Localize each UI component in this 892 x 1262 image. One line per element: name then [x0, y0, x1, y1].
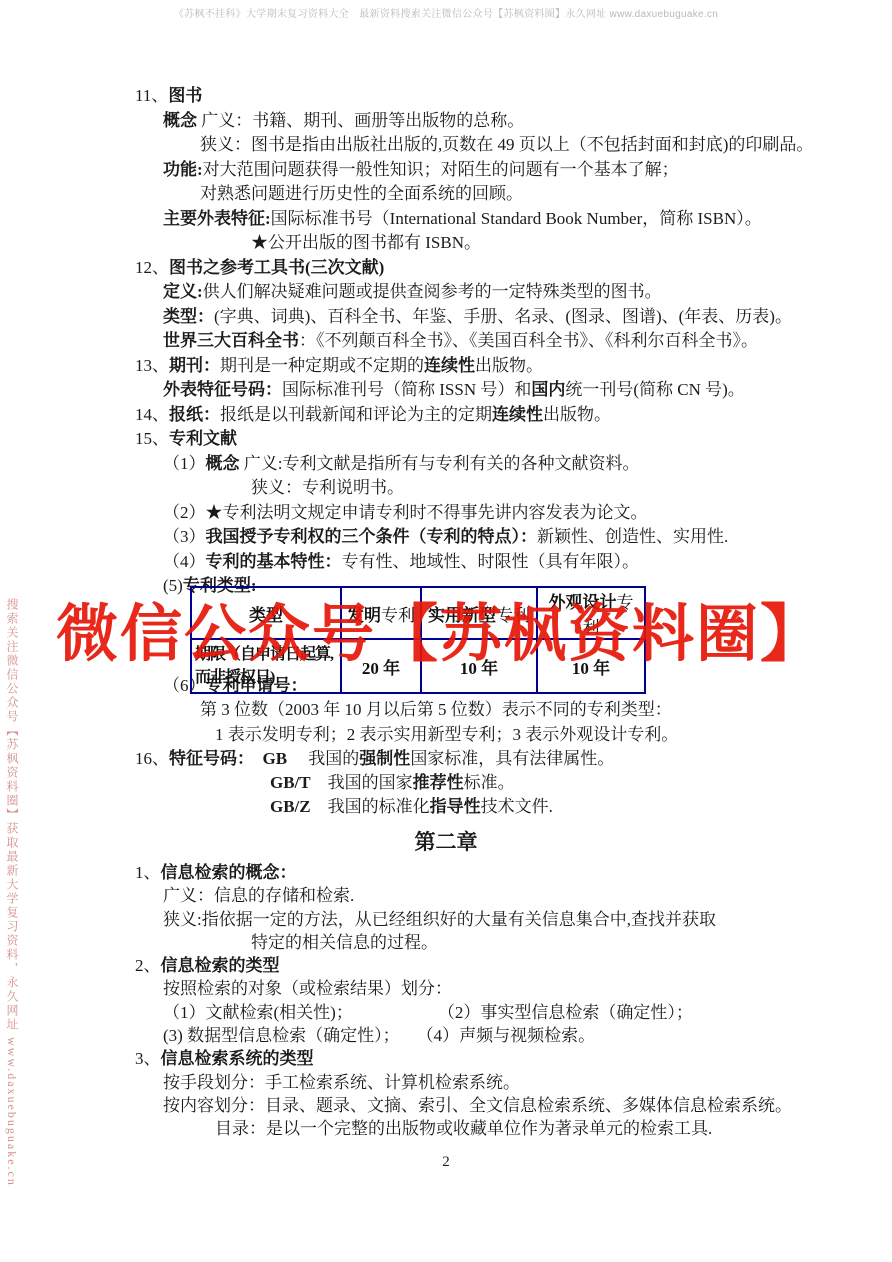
text-segment: 2、	[135, 956, 161, 975]
text-segment: 1 表示发明专利；2 表示实用新型专利；3 表示外观设计专利。	[215, 725, 678, 744]
text-segment: 供人们解决疑难问题或提供查阅参考的一定特殊类型的图书。	[203, 282, 662, 301]
text-segment: 3、	[135, 1049, 161, 1068]
text-segment: 图书	[168, 86, 202, 105]
text-segment: 信息检索系统的类型	[161, 1049, 314, 1068]
text-line: ★公开出版的图书都有 ISBN。	[0, 231, 892, 256]
text-segment: 信息检索的类型	[161, 956, 280, 975]
text-line: GB/Z 我国的标准化指导性技术文件.	[0, 795, 892, 819]
text-line: （1）文献检索(相关性)； （2）事实型信息检索（确定性）；	[0, 1001, 892, 1024]
text-segment: 按手段划分：手工检索系统、计算机检索系统。	[163, 1073, 520, 1092]
text-segment: 狭义：图书是指由出版社出版的,页数在 49 页以上（不包括封面和封底)的印刷品。	[200, 135, 813, 154]
text-segment: 定义:	[163, 282, 203, 301]
text-line: 1、信息检索的概念：	[0, 861, 892, 884]
notes-section-chapter2: 1、信息检索的概念：广义：信息的存储和检索.狭义:指依据一定的方法，从已经组织好…	[0, 861, 892, 1141]
text-line: 世界三大百科全书：《不列颠百科全书》、《美国百科全书》、《科利尔百科全书》。	[0, 329, 892, 354]
text-line: 按照检索的对象（或检索结果）划分：	[0, 977, 892, 1000]
text-segment: 特征号码：	[169, 749, 246, 768]
text-line: 14、报纸：报纸是以刊载新闻和评论为主的定期连续性出版物。	[0, 403, 892, 428]
text-line: 2、信息检索的类型	[0, 954, 892, 977]
text-segment: 11、	[135, 86, 168, 105]
text-segment: 特定的相关信息的过程。	[251, 933, 438, 952]
text-segment: 国际标准书号（International Standard Book Numbe…	[271, 209, 762, 228]
center-watermark-text: 微信公众号【苏枫资料圈】	[56, 584, 876, 673]
text-line: 狭义:指依据一定的方法，从已经组织好的大量有关信息集合中,查找并获取	[0, 908, 892, 931]
text-line: 对熟悉问题进行历史性的全面系统的回顾。	[0, 182, 892, 207]
text-segment: 目录：是以一个完整的出版物或收藏单位作为著录单元的检索工具.	[215, 1119, 712, 1138]
text-segment: 对熟悉问题进行历史性的全面系统的回顾。	[200, 184, 523, 203]
text-segment: 广义：书籍、期刊、画册等出版物的总称。	[197, 111, 524, 130]
text-segment: 新颖性、创造性、实用性.	[537, 527, 728, 546]
chapter2-title: 第二章	[0, 826, 892, 856]
text-line: 第 3 位数（2003 年 10 月以后第 5 位数）表示不同的专利类型：	[0, 698, 892, 722]
text-segment: 我国的标准化	[311, 797, 430, 816]
text-segment: 期刊是一种定期或不定期的	[220, 356, 424, 375]
notes-section-chapter1: 11、图书概念 广义：书籍、期刊、画册等出版物的总称。狭义：图书是指由出版社出版…	[0, 84, 892, 599]
text-segment: （3）	[163, 527, 206, 546]
text-segment: 国家标准，具有法律属性。	[410, 749, 614, 768]
text-segment: 外表特征号码：	[163, 380, 282, 399]
text-segment: 13、	[135, 356, 169, 375]
text-segment: 主要外表特征:	[163, 209, 271, 228]
text-line: 概念 广义：书籍、期刊、画册等出版物的总称。	[0, 109, 892, 134]
text-segment: 我国的国家	[311, 773, 413, 792]
text-segment: 标准。	[464, 773, 515, 792]
text-segment: 世界三大百科全书	[163, 331, 299, 350]
text-segment: 推荐性	[413, 773, 464, 792]
text-segment: 专利文献	[169, 429, 237, 448]
text-segment: 对大范围问题获得一般性知识；对陌生的问题有一个基本了解；	[203, 160, 679, 179]
text-line: 3、信息检索系统的类型	[0, 1047, 892, 1070]
text-segment: 按照检索的对象（或检索结果）划分：	[163, 979, 452, 998]
text-line: 类型：(字典、词典)、百科全书、年鉴、手册、名录、(图录、图谱)、(年表、历表)…	[0, 305, 892, 330]
text-line: 狭义：图书是指由出版社出版的,页数在 49 页以上（不包括封面和封底)的印刷品。	[0, 133, 892, 158]
text-segment: 出版物。	[543, 405, 611, 424]
text-segment: 国内	[531, 380, 565, 399]
text-line: 狭义：专利说明书。	[0, 476, 892, 501]
text-segment: GB/Z	[270, 797, 311, 816]
text-segment: 概念	[163, 111, 197, 130]
text-line: 定义:供人们解决疑难问题或提供查阅参考的一定特殊类型的图书。	[0, 280, 892, 305]
text-segment: 狭义:指依据一定的方法，从已经组织好的大量有关信息集合中,查找并获取	[163, 910, 716, 929]
text-segment: 概念	[206, 454, 240, 473]
text-line: 外表特征号码：国际标准刊号（简称 ISSN 号）和国内统一刊号(简称 CN 号)…	[0, 378, 892, 403]
text-segment: 信息检索的概念：	[161, 863, 297, 882]
text-line: （4）专利的基本特性：专有性、地域性、时限性（具有年限）。	[0, 550, 892, 575]
text-segment: 连续性	[492, 405, 543, 424]
text-segment: 专利的基本特性：	[206, 552, 342, 571]
text-segment: 12、	[135, 258, 169, 277]
text-segment: 报纸：	[169, 405, 220, 424]
text-segment: 类型：	[163, 307, 214, 326]
text-line: 15、专利文献	[0, 427, 892, 452]
text-segment: 专有性、地域性、时限性（具有年限）。	[342, 552, 640, 571]
text-segment: (字典、词典)、百科全书、年鉴、手册、名录、(图录、图谱)、(年表、历表)。	[214, 307, 792, 326]
text-line: 广义：信息的存储和检索.	[0, 884, 892, 907]
text-segment: ★公开出版的图书都有 ISBN。	[251, 233, 481, 252]
page-number: 2	[0, 1154, 892, 1171]
text-segment: GB/T	[270, 773, 311, 792]
text-segment: 强制性	[359, 749, 410, 768]
text-segment: （4）	[163, 552, 206, 571]
text-segment: 15、	[135, 429, 169, 448]
text-segment: （2）★专利法明文规定申请专利时不得事先讲内容发表为论文。	[163, 503, 648, 522]
text-line: 12、图书之参考工具书(三次文献)	[0, 256, 892, 281]
header-watermark: 《苏枫不挂科》大学期末复习资料大全 最新资料搜索关注微信公众号【苏枫资料圈】永久…	[0, 5, 892, 20]
text-segment: 报纸是以刊载新闻和评论为主的定期	[220, 405, 492, 424]
text-line: 功能:对大范围问题获得一般性知识；对陌生的问题有一个基本了解；	[0, 158, 892, 183]
text-line: （3）我国授予专利权的三个条件（专利的特点）：新颖性、创造性、实用性.	[0, 525, 892, 550]
text-segment: 第 3 位数（2003 年 10 月以后第 5 位数）表示不同的专利类型：	[200, 700, 672, 719]
text-segment: （1）文献检索(相关性)； （2）事实型信息检索（确定性）；	[163, 1003, 693, 1022]
text-segment: 16、	[135, 749, 169, 768]
text-line: （2）★专利法明文规定申请专利时不得事先讲内容发表为论文。	[0, 501, 892, 526]
text-line: 按手段划分：手工检索系统、计算机检索系统。	[0, 1071, 892, 1094]
text-segment: 国际标准刊号（简称 ISSN 号）和	[282, 380, 531, 399]
text-segment: 期刊：	[169, 356, 220, 375]
text-segment: ：《不列颠百科全书》、《美国百科全书》、《科利尔百科全书》。	[299, 331, 758, 350]
text-segment: 图书之参考工具书(三次文献)	[169, 258, 384, 277]
text-line: 1 表示发明专利；2 表示实用新型专利；3 表示外观设计专利。	[0, 723, 892, 747]
text-segment: （1）	[163, 454, 206, 473]
text-segment: 统一刊号(简称 CN 号)。	[565, 380, 744, 399]
text-segment: GB	[263, 749, 288, 768]
text-segment: 按内容划分：目录、题录、文摘、索引、全文信息检索系统、多媒体信息检索系统。	[163, 1096, 792, 1115]
text-segment: 功能:	[163, 160, 203, 179]
text-segment: 1、	[135, 863, 161, 882]
notes-section-standards: （6）专利申请号：第 3 位数（2003 年 10 月以后第 5 位数）表示不同…	[0, 674, 892, 820]
text-segment: 我国的	[287, 749, 359, 768]
text-segment: 我国授予专利权的三个条件（专利的特点）：	[206, 527, 538, 546]
text-line: 11、图书	[0, 84, 892, 109]
text-line: 特定的相关信息的过程。	[0, 931, 892, 954]
text-line: 目录：是以一个完整的出版物或收藏单位作为著录单元的检索工具.	[0, 1117, 892, 1140]
text-line: GB/T 我国的国家推荐性标准。	[0, 771, 892, 795]
text-line: （1）概念 广义:专利文献是指所有与专利有关的各种文献资料。	[0, 452, 892, 477]
text-segment	[246, 749, 263, 768]
text-line: 16、特征号码： GB 我国的强制性国家标准，具有法律属性。	[0, 747, 892, 771]
text-segment: (3) 数据型信息检索（确定性）； （4）声频与视频检索。	[163, 1026, 595, 1045]
text-segment: 广义:专利文献是指所有与专利有关的各种文献资料。	[240, 454, 640, 473]
text-segment: 技术文件.	[481, 797, 553, 816]
text-segment: 出版物。	[475, 356, 543, 375]
text-line: 主要外表特征:国际标准书号（International Standard Boo…	[0, 207, 892, 232]
text-segment: 指导性	[430, 797, 481, 816]
text-line: (3) 数据型信息检索（确定性）； （4）声频与视频检索。	[0, 1024, 892, 1047]
text-line: 按内容划分：目录、题录、文摘、索引、全文信息检索系统、多媒体信息检索系统。	[0, 1094, 892, 1117]
text-segment: 狭义：专利说明书。	[251, 478, 404, 497]
text-line: 13、期刊：期刊是一种定期或不定期的连续性出版物。	[0, 354, 892, 379]
text-segment: 14、	[135, 405, 169, 424]
text-segment: 广义：信息的存储和检索.	[163, 886, 354, 905]
text-segment: 连续性	[424, 356, 475, 375]
